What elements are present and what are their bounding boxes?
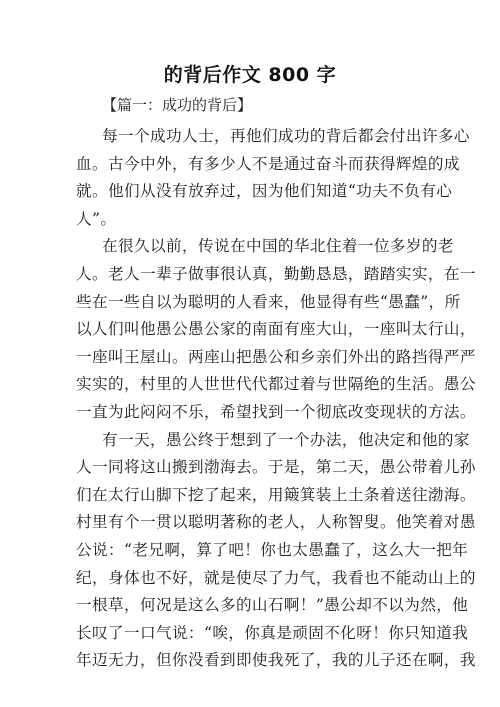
text-line: 们在太行山脚下挖了起来，用簸箕装上土条着送往渤海。 bbox=[76, 482, 430, 510]
text-line: 血。古今中外，有多少人不是通过奋斗而获得辉煌的成 bbox=[76, 151, 430, 179]
text-line: 就。他们从没有放弃过，因为他们知道“功夫不负有心 bbox=[76, 178, 430, 206]
text-line: 以人们叫他愚公愚公家的南面有座大山，一座叫太行山， bbox=[76, 316, 430, 344]
text-line: 在很久以前，传说在中国的华北住着一位多岁的老 bbox=[76, 233, 430, 261]
text-line: 长叹了一口气说：“唉，你真是顽固不化呀！你只知道我 bbox=[76, 620, 430, 648]
text-line: 纪，身体也不好，就是使尽了力气，我看也不能动山上的 bbox=[76, 565, 430, 593]
text-line: 年迈无力，但你没看到即使我死了，我的儿子还在啊，我 bbox=[76, 647, 430, 675]
text-line: 人。老人一辈子做事很认真，勤勤恳恳，踏踏实实，在一 bbox=[76, 261, 430, 289]
text-line: 村里有个一贯以聪明著称的老人，人称智叟。他笑着对愚 bbox=[76, 509, 430, 537]
text-line: 些在一些自以为聪明的人看来，他显得有些“愚蠢”，所 bbox=[76, 289, 430, 317]
text-line: 实实的，村里的人世世代代都过着与世隔绝的生活。愚公 bbox=[76, 371, 430, 399]
text-line: 有一天，愚公终于想到了一个办法，他决定和他的家 bbox=[76, 427, 430, 455]
text-line: 公说：“老兄啊，算了吧！你也太愚蠢了，这么大一把年 bbox=[76, 537, 430, 565]
text-line: 每一个成功人士，再他们成功的背后都会付出许多心 bbox=[76, 123, 430, 151]
text-line: 一根草，何况是这么多的山石啊！”愚公却不以为然，他 bbox=[76, 592, 430, 620]
text-line: 人”。 bbox=[76, 206, 430, 234]
text-line: 一座叫王屋山。两座山把愚公和乡亲们外出的路挡得严严 bbox=[76, 344, 430, 372]
document-page: 的背后作文 800 字 【篇一：成功的背后】 每一个成功人士，再他们成功的背后都… bbox=[0, 0, 500, 707]
document-title: 的背后作文 800 字 bbox=[0, 62, 500, 88]
essay-body: 每一个成功人士，再他们成功的背后都会付出许多心 血。古今中外，有多少人不是通过奋… bbox=[76, 123, 430, 675]
text-line: 人一同将这山搬到渤海去。于是，第二天，愚公带着儿孙 bbox=[76, 454, 430, 482]
text-line: 一直为此闷闷不乐，希望找到一个彻底改变现状的方法。 bbox=[76, 399, 430, 427]
section-heading: 【篇一：成功的背后】 bbox=[102, 94, 252, 116]
